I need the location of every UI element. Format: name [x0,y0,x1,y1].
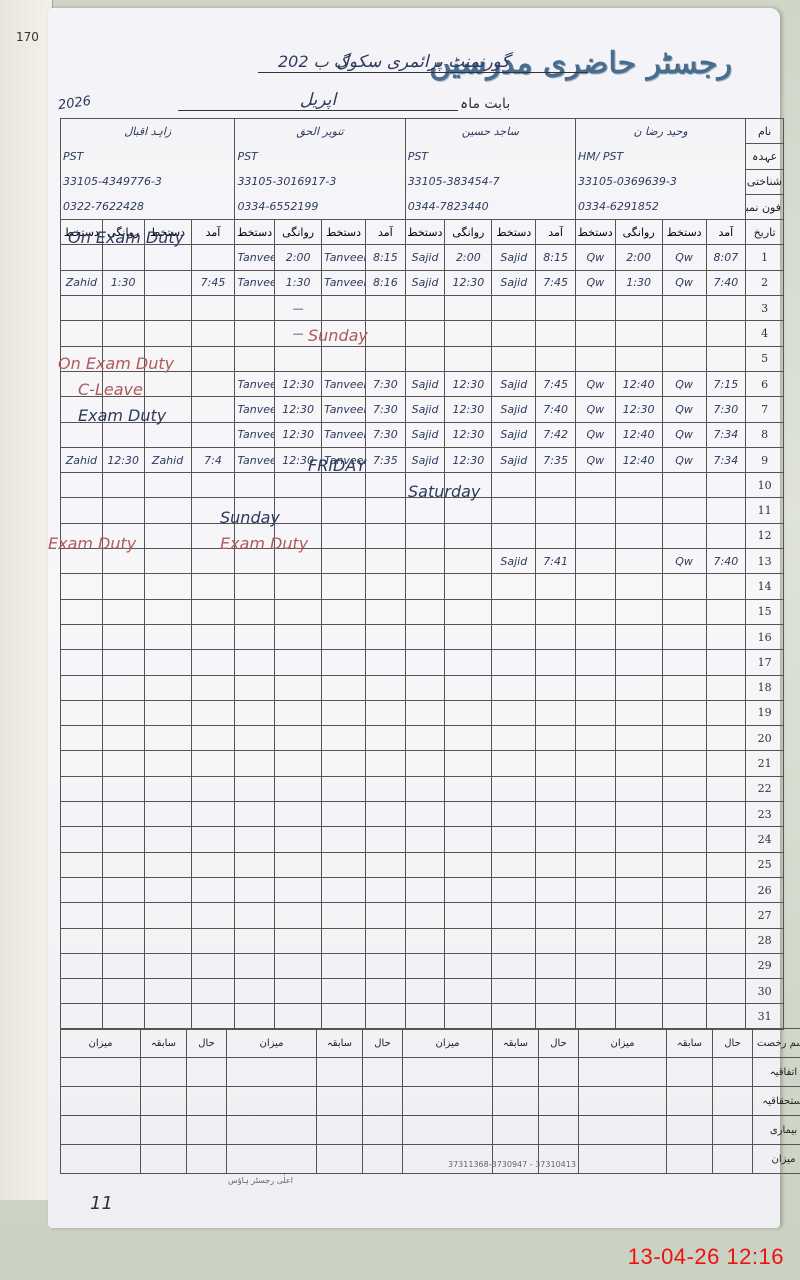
attendance-cell [445,726,492,751]
attendance-cell [102,852,144,877]
summary-row: بیماری [61,1116,800,1145]
row-label-designation: عہدہ [746,144,784,169]
attendance-cell [492,928,536,953]
attendance-cell [405,877,445,902]
date-cell: 30 [746,979,784,1004]
date-cell: 23 [746,802,784,827]
date-cell: 16 [746,624,784,649]
attendance-cell [61,751,103,776]
attendance-cell [615,574,662,599]
attendance-cell [706,827,746,852]
attendance-cell [102,574,144,599]
attendance-cell [706,498,746,523]
attendance-cell: 7:41 [536,549,576,574]
attendance-cell [575,776,615,801]
attendance-cell [191,624,235,649]
attendance-cell [575,599,615,624]
attendance-cell [144,270,191,295]
date-cell: 29 [746,953,784,978]
row-label-cnic: شناختی کارڈ نمبر [746,169,784,194]
year: 2026 [57,94,92,113]
teacher-cnic: 33105-4349776-3 [61,169,235,194]
attendance-cell: Zahid [144,447,191,472]
attendance-row: 28 [61,928,784,953]
attendance-cell [322,776,366,801]
attendance-cell [275,877,322,902]
attendance-cell [191,700,235,725]
attendance-cell [662,700,706,725]
attendance-cell [102,245,144,270]
attendance-cell [536,903,576,928]
attendance-cell: 12:30 [275,397,322,422]
attendance-cell [144,523,191,548]
attendance-cell [191,802,235,827]
date-cell: 15 [746,599,784,624]
attendance-cell [322,802,366,827]
attendance-cell [235,903,275,928]
attendance-cell [191,953,235,978]
summary-cell [141,1145,187,1174]
summary-row-label: اتفاقیہ [753,1058,800,1087]
attendance-cell [575,903,615,928]
attendance-cell [405,599,445,624]
attendance-row: Tanveer2:00Tanveer8:15Sajid2:00Sajid8:15… [61,245,784,270]
summary-cell [61,1058,141,1087]
attendance-cell [102,726,144,751]
attendance-cell [575,624,615,649]
attendance-cell [405,979,445,1004]
annotation-exam-duty-13b: Exam Duty [220,534,308,553]
attendance-cell [191,776,235,801]
summary-cell [187,1145,227,1174]
attendance-cell [575,549,615,574]
teacher-info-row-designation: PSTPSTPSTHM/ PSTعہدہ [61,144,784,169]
attendance-cell [662,574,706,599]
attendance-cell [102,675,144,700]
attendance-cell [102,700,144,725]
attendance-cell [275,624,322,649]
summary-cell [493,1087,539,1116]
attendance-cell: Sajid [492,371,536,396]
summary-cell [667,1087,713,1116]
attendance-cell: 12:30 [445,371,492,396]
attendance-cell [275,675,322,700]
summary-cell [713,1087,753,1116]
attendance-cell: Sajid [492,549,536,574]
attendance-cell [706,321,746,346]
teacher-phone: 0334-6552199 [235,194,405,219]
attendance-cell [662,498,706,523]
attendance-cell: 8:15 [366,245,406,270]
attendance-cell [322,296,366,321]
summary-cell [579,1116,667,1145]
attendance-cell: 12:40 [615,447,662,472]
attendance-cell [366,498,406,523]
attendance-cell [61,953,103,978]
attendance-cell [61,498,103,523]
teacher-name: ساجد حسین [405,119,575,144]
attendance-cell [191,903,235,928]
summary-row: میزان [61,1145,800,1174]
attendance-cell [235,852,275,877]
teacher-cnic: 33105-0369639-3 [575,169,745,194]
attendance-cell [445,346,492,371]
attendance-cell [144,422,191,447]
attendance-cell [405,827,445,852]
attendance-cell: Sajid [405,447,445,472]
summary-col-header: سابقہ [317,1029,363,1058]
summary-cell [317,1087,363,1116]
attendance-cell [492,624,536,649]
column-header: آمد [536,220,576,245]
attendance-cell [615,1004,662,1029]
summary-cell [667,1116,713,1145]
attendance-cell: 12:40 [615,371,662,396]
attendance-row: 21 [61,751,784,776]
attendance-cell [144,473,191,498]
attendance-cell [445,523,492,548]
attendance-cell [706,802,746,827]
attendance-cell [275,700,322,725]
summary-col-header: میزان [403,1029,493,1058]
attendance-cell [235,827,275,852]
attendance-cell: Tanveer [235,447,275,472]
attendance-cell [235,776,275,801]
attendance-cell [275,726,322,751]
attendance-cell [322,903,366,928]
attendance-cell [102,979,144,1004]
attendance-cell [235,675,275,700]
summary-cell [493,1116,539,1145]
attendance-cell [536,700,576,725]
attendance-cell: Sajid [405,245,445,270]
attendance-cell [706,650,746,675]
attendance-cell [536,953,576,978]
attendance-cell [615,675,662,700]
attendance-cell [492,675,536,700]
attendance-cell [102,928,144,953]
attendance-cell [322,827,366,852]
column-header: دستخط [662,220,706,245]
attendance-cell [615,321,662,346]
summary-col-header: سابقہ [141,1029,187,1058]
attendance-cell: 7:15 [706,371,746,396]
attendance-cell [366,903,406,928]
attendance-cell [615,599,662,624]
attendance-cell [706,346,746,371]
column-header: دستخط [492,220,536,245]
attendance-cell [706,852,746,877]
attendance-cell [492,574,536,599]
attendance-cell [662,928,706,953]
summary-cell [363,1145,403,1174]
attendance-cell [322,979,366,1004]
summary-cell [493,1058,539,1087]
attendance-cell: Zahid [61,270,103,295]
attendance-row: 17 [61,650,784,675]
attendance-cell [706,675,746,700]
attendance-cell [662,979,706,1004]
summary-row: استحقاقیہ [61,1087,800,1116]
attendance-cell [662,650,706,675]
attendance-row: 12 [61,523,784,548]
leave-summary-table: میزانسابقہحالمیزانسابقہحالمیزانسابقہحالم… [60,1028,800,1174]
date-cell: 25 [746,852,784,877]
attendance-cell [102,776,144,801]
attendance-cell: Tanveer [235,245,275,270]
attendance-cell [61,296,103,321]
attendance-cell [492,321,536,346]
attendance-cell [536,498,576,523]
attendance-cell: 2:00 [615,245,662,270]
attendance-cell: Qw [662,245,706,270]
attendance-cell [536,346,576,371]
attendance-cell [662,903,706,928]
teacher-phone: 0344-7823440 [405,194,575,219]
attendance-cell [144,928,191,953]
summary-header-row: میزانسابقہحالمیزانسابقہحالمیزانسابقہحالم… [61,1029,800,1058]
attendance-cell: Tanveer [322,245,366,270]
attendance-cell [405,346,445,371]
attendance-cell [615,979,662,1004]
attendance-cell: 12:30 [445,270,492,295]
attendance-row: Tanveer12:30Tanveer7:30Sajid12:30Sajid7:… [61,397,784,422]
attendance-cell [366,802,406,827]
summary-col-header: سابقہ [667,1029,713,1058]
attendance-cell [492,650,536,675]
attendance-cell [322,498,366,523]
attendance-cell [615,802,662,827]
attendance-cell: Qw [662,422,706,447]
attendance-cell [615,346,662,371]
teacher-phone: 0334-6291852 [575,194,745,219]
attendance-cell [235,321,275,346]
attendance-cell [445,928,492,953]
date-cell: 22 [746,776,784,801]
attendance-cell [61,473,103,498]
attendance-cell [144,599,191,624]
attendance-cell [235,751,275,776]
column-header: روانگی [445,220,492,245]
attendance-cell: 7:35 [366,447,406,472]
attendance-cell [366,1004,406,1029]
attendance-cell [492,877,536,902]
attendance-cell [492,1004,536,1029]
attendance-cell [445,903,492,928]
attendance-cell [322,675,366,700]
attendance-cell [144,726,191,751]
attendance-cell [575,346,615,371]
summary-cell [141,1116,187,1145]
teacher-name: وحید رضا ن [575,119,745,144]
attendance-cell [322,700,366,725]
attendance-cell [575,321,615,346]
attendance-cell [445,827,492,852]
attendance-row: —4 [61,321,784,346]
attendance-cell [575,700,615,725]
attendance-cell [275,827,322,852]
attendance-row: 19 [61,700,784,725]
attendance-cell [662,296,706,321]
attendance-row: 26 [61,877,784,902]
date-cell: 31 [746,1004,784,1029]
attendance-cell: 7:34 [706,447,746,472]
attendance-cell [191,675,235,700]
attendance-cell: 7:4 [191,447,235,472]
summary-col-header: حال [539,1029,579,1058]
date-cell: 7 [746,397,784,422]
attendance-cell [662,953,706,978]
school-number: 202 گ ب [278,52,348,71]
summary-col-header: میزان [227,1029,317,1058]
attendance-cell: Sajid [492,447,536,472]
attendance-row: Tanveer12:30Tanveer7:30Sajid12:30Sajid7:… [61,422,784,447]
attendance-cell [366,726,406,751]
attendance-cell [492,346,536,371]
attendance-cell [191,422,235,447]
attendance-cell: Qw [575,422,615,447]
attendance-cell [575,473,615,498]
attendance-cell: Qw [662,270,706,295]
attendance-cell [144,624,191,649]
attendance-cell [492,700,536,725]
attendance-cell [536,802,576,827]
attendance-cell [275,599,322,624]
attendance-cell: 7:45 [536,270,576,295]
attendance-cell [492,802,536,827]
teacher-designation: HM/ PST [575,144,745,169]
attendance-cell [492,296,536,321]
attendance-cell [662,523,706,548]
attendance-cell [575,953,615,978]
attendance-cell [102,650,144,675]
attendance-row: 24 [61,827,784,852]
attendance-cell [61,321,103,346]
attendance-cell [191,473,235,498]
attendance-cell [322,624,366,649]
attendance-cell [445,852,492,877]
attendance-cell [536,473,576,498]
summary-cell [363,1116,403,1145]
annotation-c-leave-7: C-Leave [78,380,143,399]
attendance-cell: 8:07 [706,245,746,270]
attendance-cell [706,523,746,548]
attendance-cell [275,346,322,371]
attendance-cell [492,523,536,548]
attendance-cell [445,751,492,776]
attendance-cell [662,321,706,346]
teacher-designation: PST [61,144,235,169]
attendance-cell: 12:30 [275,422,322,447]
attendance-cell [61,245,103,270]
attendance-cell [191,827,235,852]
attendance-cell [275,953,322,978]
attendance-cell [102,827,144,852]
attendance-cell [445,296,492,321]
attendance-cell [366,574,406,599]
attendance-cell [144,650,191,675]
attendance-cell [191,599,235,624]
attendance-cell: Sajid [405,397,445,422]
attendance-cell [536,523,576,548]
attendance-cell [575,979,615,1004]
attendance-cell [144,827,191,852]
date-cell: 10 [746,473,784,498]
attendance-cell [275,498,322,523]
attendance-cell: Qw [575,270,615,295]
attendance-cell [405,751,445,776]
teacher-info-row-cnic: 33105-4349776-333105-3016917-333105-3834… [61,169,784,194]
attendance-cell [405,675,445,700]
attendance-cell [144,700,191,725]
attendance-cell [445,549,492,574]
attendance-cell [615,650,662,675]
date-cell: 4 [746,321,784,346]
column-header: روانگی [615,220,662,245]
attendance-cell [191,397,235,422]
attendance-cell: Tanveer [235,397,275,422]
month-label: بابت ماہ [460,96,510,112]
attendance-cell [366,776,406,801]
date-cell: 27 [746,903,784,928]
attendance-cell [191,751,235,776]
attendance-cell [662,346,706,371]
attendance-cell [615,549,662,574]
attendance-cell [405,1004,445,1029]
attendance-cell [102,498,144,523]
teacher-cnic: 33105-3016917-3 [235,169,405,194]
column-header: آمد [706,220,746,245]
attendance-cell [405,549,445,574]
attendance-cell [144,245,191,270]
attendance-cell [322,1004,366,1029]
attendance-cell [615,953,662,978]
teacher-phone: 0322-7622428 [61,194,235,219]
attendance-cell [445,675,492,700]
row-label-phone: فون نمبر [746,194,784,219]
attendance-cell [144,852,191,877]
summary-cell [403,1145,493,1174]
attendance-cell [536,574,576,599]
attendance-cell [61,827,103,852]
attendance-cell: Zahid [61,447,103,472]
attendance-cell [366,877,406,902]
row-label-name: نام [746,119,784,144]
attendance-cell [706,624,746,649]
summary-row-label: استحقاقیہ [753,1087,800,1116]
attendance-cell [366,624,406,649]
attendance-cell: 8:15 [536,245,576,270]
attendance-cell [536,624,576,649]
attendance-cell [706,903,746,928]
attendance-cell [405,852,445,877]
attendance-cell [615,523,662,548]
attendance-cell: Sajid [492,422,536,447]
attendance-cell [322,523,366,548]
column-header: دستخط [235,220,275,245]
attendance-cell [61,675,103,700]
attendance-cell [366,827,406,852]
date-cell: 26 [746,877,784,902]
attendance-cell [322,650,366,675]
attendance-cell: 1:30 [275,270,322,295]
attendance-cell: 12:40 [615,422,662,447]
publisher-phone: 37310413 - 37311368-3730947 [448,1160,576,1169]
attendance-cell [275,574,322,599]
attendance-cell [322,877,366,902]
attendance-cell: Qw [662,549,706,574]
attendance-cell [706,599,746,624]
